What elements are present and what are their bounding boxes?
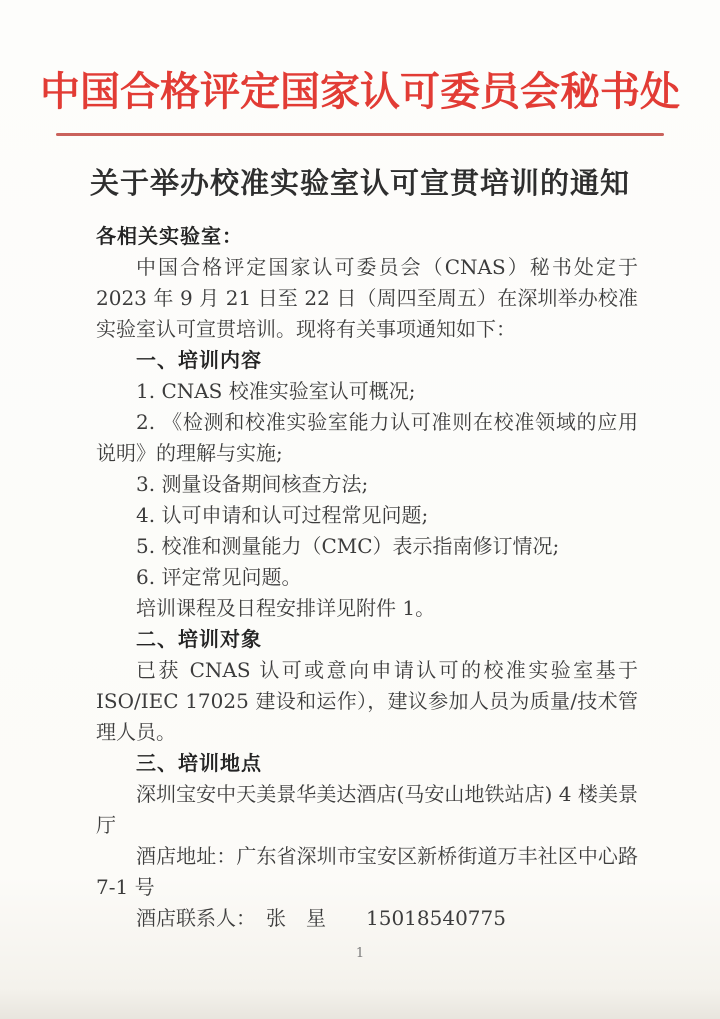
body-paragraph: 培训课程及日程安排详见附件 1。	[96, 593, 638, 624]
body-paragraph: 4. 认可申请和认可过程常见问题;	[96, 500, 638, 531]
section-heading: 一、培训内容	[96, 345, 638, 376]
body-paragraph: 酒店联系人： 张 星 15018540775	[96, 903, 638, 934]
body-paragraph: 已获 CNAS 认可或意向申请认可的校准实验室基于 ISO/IEC 17025 …	[96, 655, 638, 748]
body-paragraph: 1. CNAS 校准实验室认可概况;	[96, 376, 638, 407]
notice-page: 中国合格评定国家认可委员会秘书处 关于举办校准实验室认可宣贯培训的通知 各相关实…	[0, 0, 720, 1019]
body-paragraph: 2. 《检测和校准实验室能力认可准则在校准领域的应用说明》的理解与实施;	[96, 407, 638, 469]
document-title: 关于举办校准实验室认可宣贯培训的通知	[40, 161, 680, 202]
body-paragraph: 3. 测量设备期间核查方法;	[96, 469, 638, 500]
salutation-line: 各相关实验室：	[96, 221, 638, 252]
org-header-title: 中国合格评定国家认可委员会秘书处	[30, 60, 690, 117]
document-body: 各相关实验室：中国合格评定国家认可委员会（CNAS）秘书处定于 2023 年 9…	[96, 221, 638, 934]
page-number: 1	[0, 946, 720, 961]
body-paragraph: 6. 评定常见问题。	[96, 562, 638, 593]
body-paragraph: 5. 校准和测量能力（CMC）表示指南修订情况;	[96, 531, 638, 562]
section-heading: 三、培训地点	[96, 748, 638, 779]
section-heading: 二、培训对象	[96, 624, 638, 655]
body-paragraph: 酒店地址：广东省深圳市宝安区新桥街道万丰社区中心路 7-1 号	[96, 841, 638, 903]
body-paragraph: 中国合格评定国家认可委员会（CNAS）秘书处定于 2023 年 9 月 21 日…	[96, 252, 638, 345]
body-paragraph: 深圳宝安中天美景华美达酒店(马安山地铁站店) 4 楼美景厅	[96, 779, 638, 841]
header-divider	[56, 133, 664, 136]
